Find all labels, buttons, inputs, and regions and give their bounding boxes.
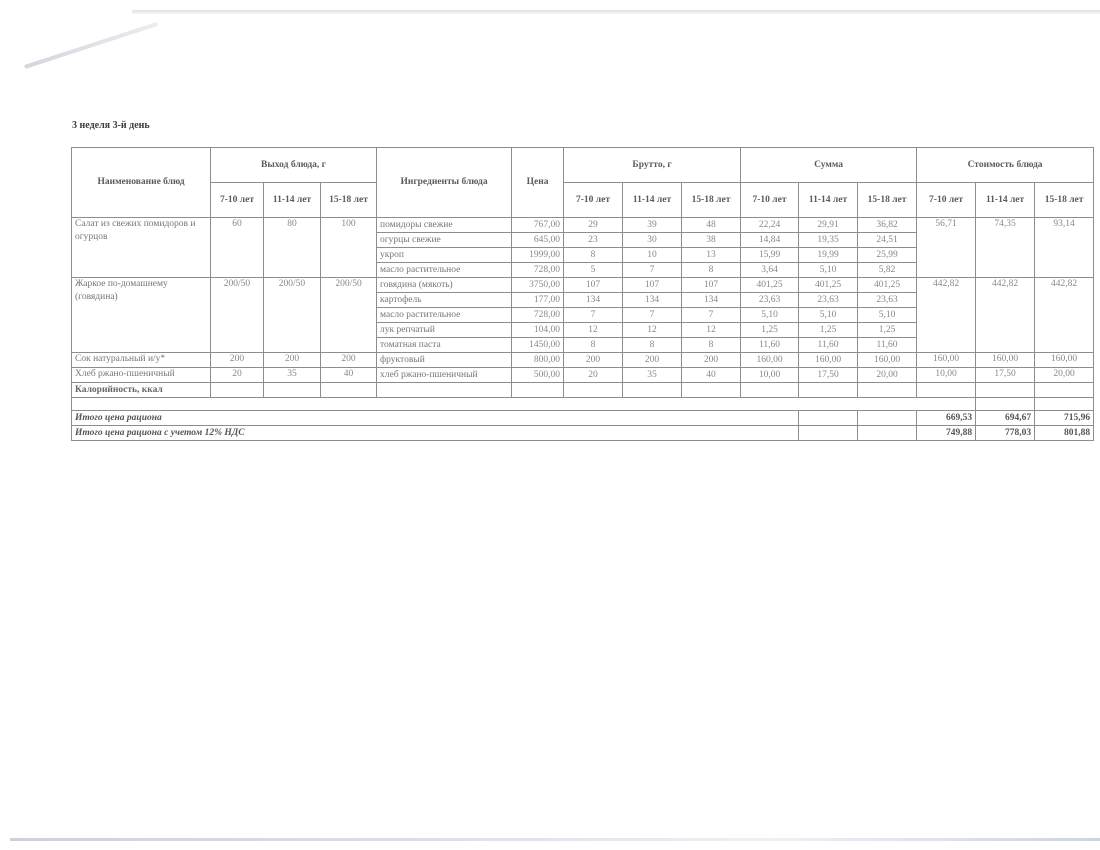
- ingredient-sum: 401,25: [799, 278, 858, 293]
- dish-cost: 442,82: [917, 278, 976, 353]
- dish-yield: 200: [211, 353, 264, 368]
- dish-yield: 200/50: [264, 278, 321, 353]
- header-dish-cost: Стоимость блюда: [917, 148, 1094, 183]
- ingredient-sum: 25,99: [858, 248, 917, 263]
- header-sum: Сумма: [741, 148, 917, 183]
- ingredient-sum: 22,24: [741, 218, 799, 233]
- ingredient-gross: 30: [623, 233, 682, 248]
- total-value: 749,88: [917, 426, 976, 441]
- ingredient-sum: 15,99: [741, 248, 799, 263]
- ingredient-sum: 19,35: [799, 233, 858, 248]
- ingredient-sum: 1,25: [741, 323, 799, 338]
- blank-cell: [1035, 398, 1094, 411]
- dish-cost: 160,00: [1035, 353, 1094, 368]
- blank-cell: [976, 398, 1035, 411]
- scan-fold-corner: [24, 22, 158, 69]
- table-row: Сок натуральный и/у*200200200фруктовый80…: [72, 353, 1094, 368]
- total-value: 694,67: [976, 411, 1035, 426]
- dish-yield: 40: [321, 368, 377, 383]
- ingredient-price: 645,00: [512, 233, 564, 248]
- ingredient-gross: 200: [564, 353, 623, 368]
- ingredient-sum: 17,50: [799, 368, 858, 383]
- total-empty: [799, 411, 858, 426]
- ingredient-name: фруктовый: [377, 353, 512, 368]
- calories-cell: [741, 383, 799, 398]
- ingredient-gross: 7: [623, 308, 682, 323]
- ingredient-gross: 7: [564, 308, 623, 323]
- calories-cell: [682, 383, 741, 398]
- ingredient-sum: 29,91: [799, 218, 858, 233]
- blank-cell: [72, 398, 976, 411]
- ingredient-sum: 5,82: [858, 263, 917, 278]
- ingredient-gross: 134: [623, 293, 682, 308]
- ingredient-sum: 160,00: [858, 353, 917, 368]
- ingredient-price: 104,00: [512, 323, 564, 338]
- header-cost-age-2: 15-18 лет: [1035, 183, 1094, 218]
- dish-name: Жаркое по-домашнему (говядина): [72, 278, 211, 353]
- total-label: Итого цена рациона: [72, 411, 799, 426]
- ingredient-sum: 5,10: [799, 263, 858, 278]
- header-sum-age-2: 15-18 лет: [858, 183, 917, 218]
- calories-cell: [377, 383, 512, 398]
- ingredient-gross: 35: [623, 368, 682, 383]
- ingredient-gross: 8: [623, 338, 682, 353]
- ingredient-sum: 3,64: [741, 263, 799, 278]
- ingredient-gross: 5: [564, 263, 623, 278]
- ingredient-name: огурцы свежие: [377, 233, 512, 248]
- ingredient-sum: 1,25: [799, 323, 858, 338]
- total-label: Итого цена рациона с учетом 12% НДС: [72, 426, 799, 441]
- ingredient-name: масло растительное: [377, 308, 512, 323]
- ingredient-sum: 19,99: [799, 248, 858, 263]
- ingredient-gross: 23: [564, 233, 623, 248]
- table-row: Салат из свежих помидоров и огурцов60801…: [72, 218, 1094, 233]
- ingredient-sum: 23,63: [799, 293, 858, 308]
- ingredient-price: 767,00: [512, 218, 564, 233]
- ingredient-sum: 5,10: [858, 308, 917, 323]
- ingredient-gross: 8: [564, 248, 623, 263]
- header-gross-age-1: 11-14 лет: [623, 183, 682, 218]
- dish-name: Хлеб ржано-пшеничный: [72, 368, 211, 383]
- header-yield: Выход блюда, г: [211, 148, 377, 183]
- ingredient-name: говядина (мякоть): [377, 278, 512, 293]
- header-gross-age-2: 15-18 лет: [682, 183, 741, 218]
- dish-cost: 20,00: [1035, 368, 1094, 383]
- total-empty: [858, 411, 917, 426]
- ingredient-sum: 5,10: [741, 308, 799, 323]
- calories-cell: [512, 383, 564, 398]
- ingredient-sum: 23,63: [741, 293, 799, 308]
- ingredient-price: 800,00: [512, 353, 564, 368]
- ingredient-gross: 12: [623, 323, 682, 338]
- ingredient-sum: 14,84: [741, 233, 799, 248]
- ingredient-name: укроп: [377, 248, 512, 263]
- ingredient-gross: 134: [564, 293, 623, 308]
- total-empty: [799, 426, 858, 441]
- ingredient-sum: 1,25: [858, 323, 917, 338]
- dish-cost: 74,35: [976, 218, 1035, 278]
- ingredient-gross: 10: [623, 248, 682, 263]
- dish-yield: 200/50: [321, 278, 377, 353]
- dish-yield: 200/50: [211, 278, 264, 353]
- total-row: Итого цена рациона669,53694,67715,96: [72, 411, 1094, 426]
- header-gross-age-0: 7-10 лет: [564, 183, 623, 218]
- ingredient-gross: 48: [682, 218, 741, 233]
- ingredient-price: 1999,00: [512, 248, 564, 263]
- calories-cell: [799, 383, 858, 398]
- ingredient-gross: 38: [682, 233, 741, 248]
- ingredient-price: 177,00: [512, 293, 564, 308]
- total-value: 669,53: [917, 411, 976, 426]
- ingredient-gross: 12: [564, 323, 623, 338]
- dish-cost: 442,82: [976, 278, 1035, 353]
- calories-cell: [917, 383, 976, 398]
- ingredient-gross: 8: [564, 338, 623, 353]
- header-yield-age-2: 15-18 лет: [321, 183, 377, 218]
- ingredient-name: хлеб ржано-пшеничный: [377, 368, 512, 383]
- calories-cell: [211, 383, 264, 398]
- dish-yield: 200: [264, 353, 321, 368]
- header-yield-age-0: 7-10 лет: [211, 183, 264, 218]
- ingredient-sum: 20,00: [858, 368, 917, 383]
- dish-cost: 442,82: [1035, 278, 1094, 353]
- dish-name: Салат из свежих помидоров и огурцов: [72, 218, 211, 278]
- ingredient-gross: 7: [623, 263, 682, 278]
- blank-row: [72, 398, 1094, 411]
- calories-cell: [976, 383, 1035, 398]
- ingredient-sum: 11,60: [858, 338, 917, 353]
- ingredient-gross: 29: [564, 218, 623, 233]
- page-title: 3 неделя 3-й день: [72, 120, 150, 131]
- ingredient-gross: 107: [564, 278, 623, 293]
- ingredient-sum: 160,00: [741, 353, 799, 368]
- dish-yield: 35: [264, 368, 321, 383]
- ingredient-gross: 40: [682, 368, 741, 383]
- ingredient-sum: 401,25: [741, 278, 799, 293]
- header-ingredients: Ингредиенты блюда: [377, 148, 512, 218]
- scan-edge-bottom: [10, 838, 1100, 841]
- ingredient-price: 728,00: [512, 263, 564, 278]
- dish-cost: 17,50: [976, 368, 1035, 383]
- ingredient-sum: 10,00: [741, 368, 799, 383]
- ingredient-gross: 8: [682, 263, 741, 278]
- dish-cost: 10,00: [917, 368, 976, 383]
- menu-cost-table: Наименование блюд Выход блюда, г Ингреди…: [71, 147, 1094, 441]
- ingredient-name: масло растительное: [377, 263, 512, 278]
- table-row: Жаркое по-домашнему (говядина)200/50200/…: [72, 278, 1094, 293]
- ingredient-price: 3750,00: [512, 278, 564, 293]
- ingredient-gross: 107: [682, 278, 741, 293]
- calories-cell: [858, 383, 917, 398]
- ingredient-gross: 13: [682, 248, 741, 263]
- dish-yield: 200: [321, 353, 377, 368]
- ingredient-gross: 7: [682, 308, 741, 323]
- ingredient-name: лук репчатый: [377, 323, 512, 338]
- dish-cost: 160,00: [976, 353, 1035, 368]
- total-value: 801,88: [1035, 426, 1094, 441]
- ingredient-sum: 5,10: [799, 308, 858, 323]
- ingredient-sum: 160,00: [799, 353, 858, 368]
- dish-name: Сок натуральный и/у*: [72, 353, 211, 368]
- calories-cell: [321, 383, 377, 398]
- ingredient-sum: 23,63: [858, 293, 917, 308]
- dish-cost: 93,14: [1035, 218, 1094, 278]
- dish-yield: 100: [321, 218, 377, 278]
- ingredient-gross: 39: [623, 218, 682, 233]
- header-sum-age-1: 11-14 лет: [799, 183, 858, 218]
- header-dish-name: Наименование блюд: [72, 148, 211, 218]
- dish-yield: 60: [211, 218, 264, 278]
- ingredient-gross: 134: [682, 293, 741, 308]
- header-sum-age-0: 7-10 лет: [741, 183, 799, 218]
- ingredient-sum: 24,51: [858, 233, 917, 248]
- total-value: 778,03: [976, 426, 1035, 441]
- ingredient-name: томатная паста: [377, 338, 512, 353]
- total-empty: [858, 426, 917, 441]
- header-price: Цена: [512, 148, 564, 218]
- ingredient-price: 500,00: [512, 368, 564, 383]
- ingredient-gross: 8: [682, 338, 741, 353]
- scan-edge-top: [132, 10, 1100, 14]
- ingredient-price: 728,00: [512, 308, 564, 323]
- ingredient-sum: 11,60: [799, 338, 858, 353]
- header-gross: Брутто, г: [564, 148, 741, 183]
- ingredient-gross: 107: [623, 278, 682, 293]
- calories-row: Калорийность, ккал: [72, 383, 1094, 398]
- ingredient-name: картофель: [377, 293, 512, 308]
- calories-label: Калорийность, ккал: [72, 383, 211, 398]
- calories-cell: [264, 383, 321, 398]
- header-yield-age-1: 11-14 лет: [264, 183, 321, 218]
- header-cost-age-0: 7-10 лет: [917, 183, 976, 218]
- ingredient-sum: 401,25: [858, 278, 917, 293]
- table-row: Хлеб ржано-пшеничный203540хлеб ржано-пше…: [72, 368, 1094, 383]
- calories-cell: [564, 383, 623, 398]
- ingredient-gross: 12: [682, 323, 741, 338]
- calories-cell: [623, 383, 682, 398]
- calories-cell: [1035, 383, 1094, 398]
- total-row: Итого цена рациона с учетом 12% НДС749,8…: [72, 426, 1094, 441]
- ingredient-name: помидоры свежие: [377, 218, 512, 233]
- total-value: 715,96: [1035, 411, 1094, 426]
- header-cost-age-1: 11-14 лет: [976, 183, 1035, 218]
- ingredient-gross: 200: [682, 353, 741, 368]
- ingredient-sum: 11,60: [741, 338, 799, 353]
- ingredient-gross: 20: [564, 368, 623, 383]
- dish-cost: 160,00: [917, 353, 976, 368]
- dish-yield: 80: [264, 218, 321, 278]
- dish-yield: 20: [211, 368, 264, 383]
- ingredient-sum: 36,82: [858, 218, 917, 233]
- dish-cost: 56,71: [917, 218, 976, 278]
- ingredient-gross: 200: [623, 353, 682, 368]
- ingredient-price: 1450,00: [512, 338, 564, 353]
